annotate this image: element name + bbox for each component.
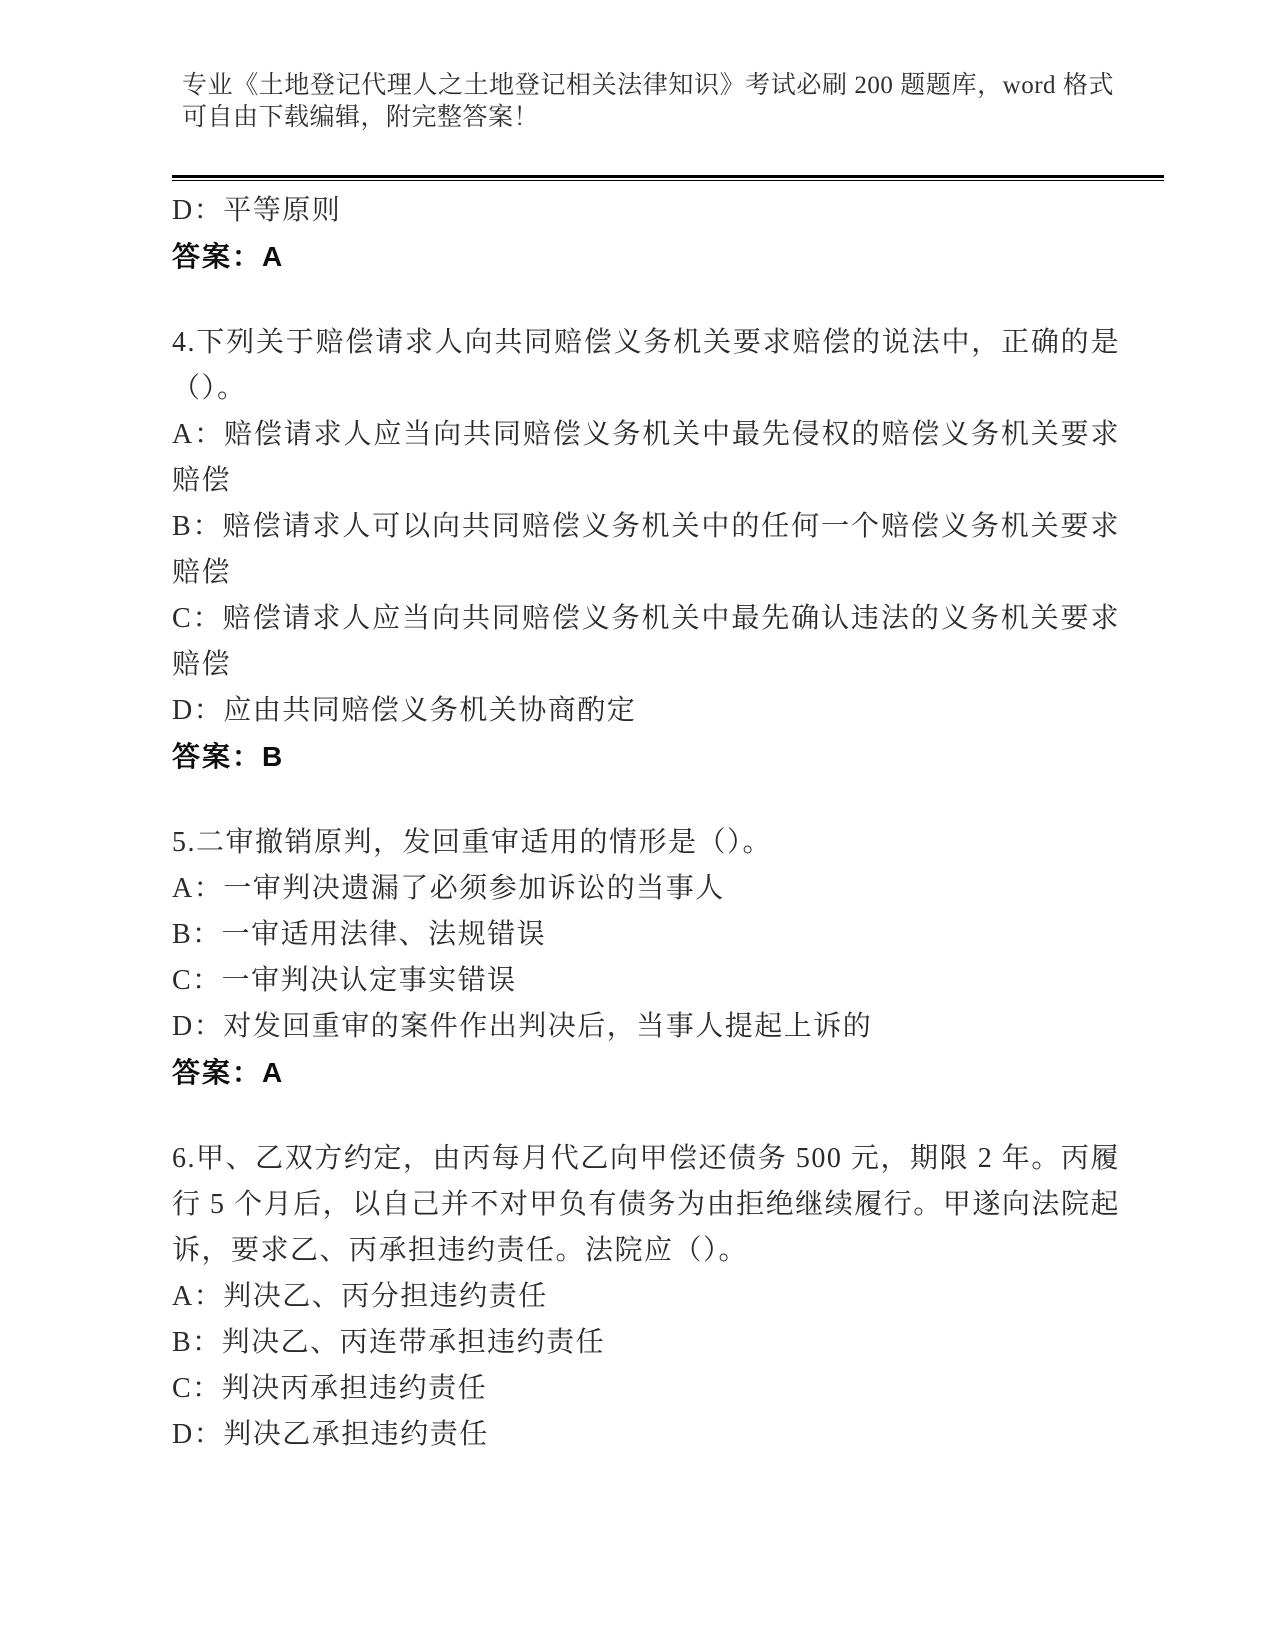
question-6-option-a: A：判决乙、丙分担违约责任 <box>172 1274 1120 1320</box>
question-4-answer: 答案：B <box>172 734 1120 780</box>
header-divider <box>172 175 1164 181</box>
page-header-note: 专业《土地登记代理人之土地登记相关法律知识》考试必刷 200 题题库，word … <box>182 70 1114 134</box>
question-6-option-c: C：判决丙承担违约责任 <box>172 1366 1120 1412</box>
carryover-option-d: D：平等原则 <box>172 188 1120 234</box>
carryover-answer: 答案：A <box>172 234 1120 280</box>
question-5-option-a: A：一审判决遗漏了必须参加诉讼的当事人 <box>172 866 1120 912</box>
question-block-4: 4.下列关于赔偿请求人向共同赔偿义务机关要求赔偿的说法中，正确的是（）。 A：赔… <box>172 320 1120 780</box>
question-5-stem: 5.二审撤销原判，发回重审适用的情形是（）。 <box>172 820 1120 866</box>
question-4-option-d: D：应由共同赔偿义务机关协商酌定 <box>172 688 1120 734</box>
document-body: D：平等原则 答案：A 4.下列关于赔偿请求人向共同赔偿义务机关要求赔偿的说法中… <box>172 188 1120 1498</box>
question-4-option-a: A：赔偿请求人应当向共同赔偿义务机关中最先侵权的赔偿义务机关要求赔偿 <box>172 412 1120 504</box>
question-5-option-b: B：一审适用法律、法规错误 <box>172 912 1120 958</box>
question-6-option-b: B：判决乙、丙连带承担违约责任 <box>172 1320 1120 1366</box>
carryover-block: D：平等原则 答案：A <box>172 188 1120 280</box>
question-block-6: 6.甲、乙双方约定，由丙每月代乙向甲偿还债务 500 元，期限 2 年。丙履行 … <box>172 1136 1120 1458</box>
question-6-stem: 6.甲、乙双方约定，由丙每月代乙向甲偿还债务 500 元，期限 2 年。丙履行 … <box>172 1136 1120 1274</box>
question-block-5: 5.二审撤销原判，发回重审适用的情形是（）。 A：一审判决遗漏了必须参加诉讼的当… <box>172 820 1120 1096</box>
question-4-stem: 4.下列关于赔偿请求人向共同赔偿义务机关要求赔偿的说法中，正确的是（）。 <box>172 320 1120 412</box>
question-6-option-d: D：判决乙承担违约责任 <box>172 1412 1120 1458</box>
question-4-option-b: B：赔偿请求人可以向共同赔偿义务机关中的任何一个赔偿义务机关要求赔偿 <box>172 504 1120 596</box>
question-4-option-c: C：赔偿请求人应当向共同赔偿义务机关中最先确认违法的义务机关要求赔偿 <box>172 596 1120 688</box>
question-5-answer: 答案：A <box>172 1050 1120 1096</box>
question-5-option-d: D：对发回重审的案件作出判决后，当事人提起上诉的 <box>172 1004 1120 1050</box>
document-page: 专业《土地登记代理人之土地登记相关法律知识》考试必刷 200 题题库，word … <box>0 0 1275 1650</box>
question-5-option-c: C：一审判决认定事实错误 <box>172 958 1120 1004</box>
